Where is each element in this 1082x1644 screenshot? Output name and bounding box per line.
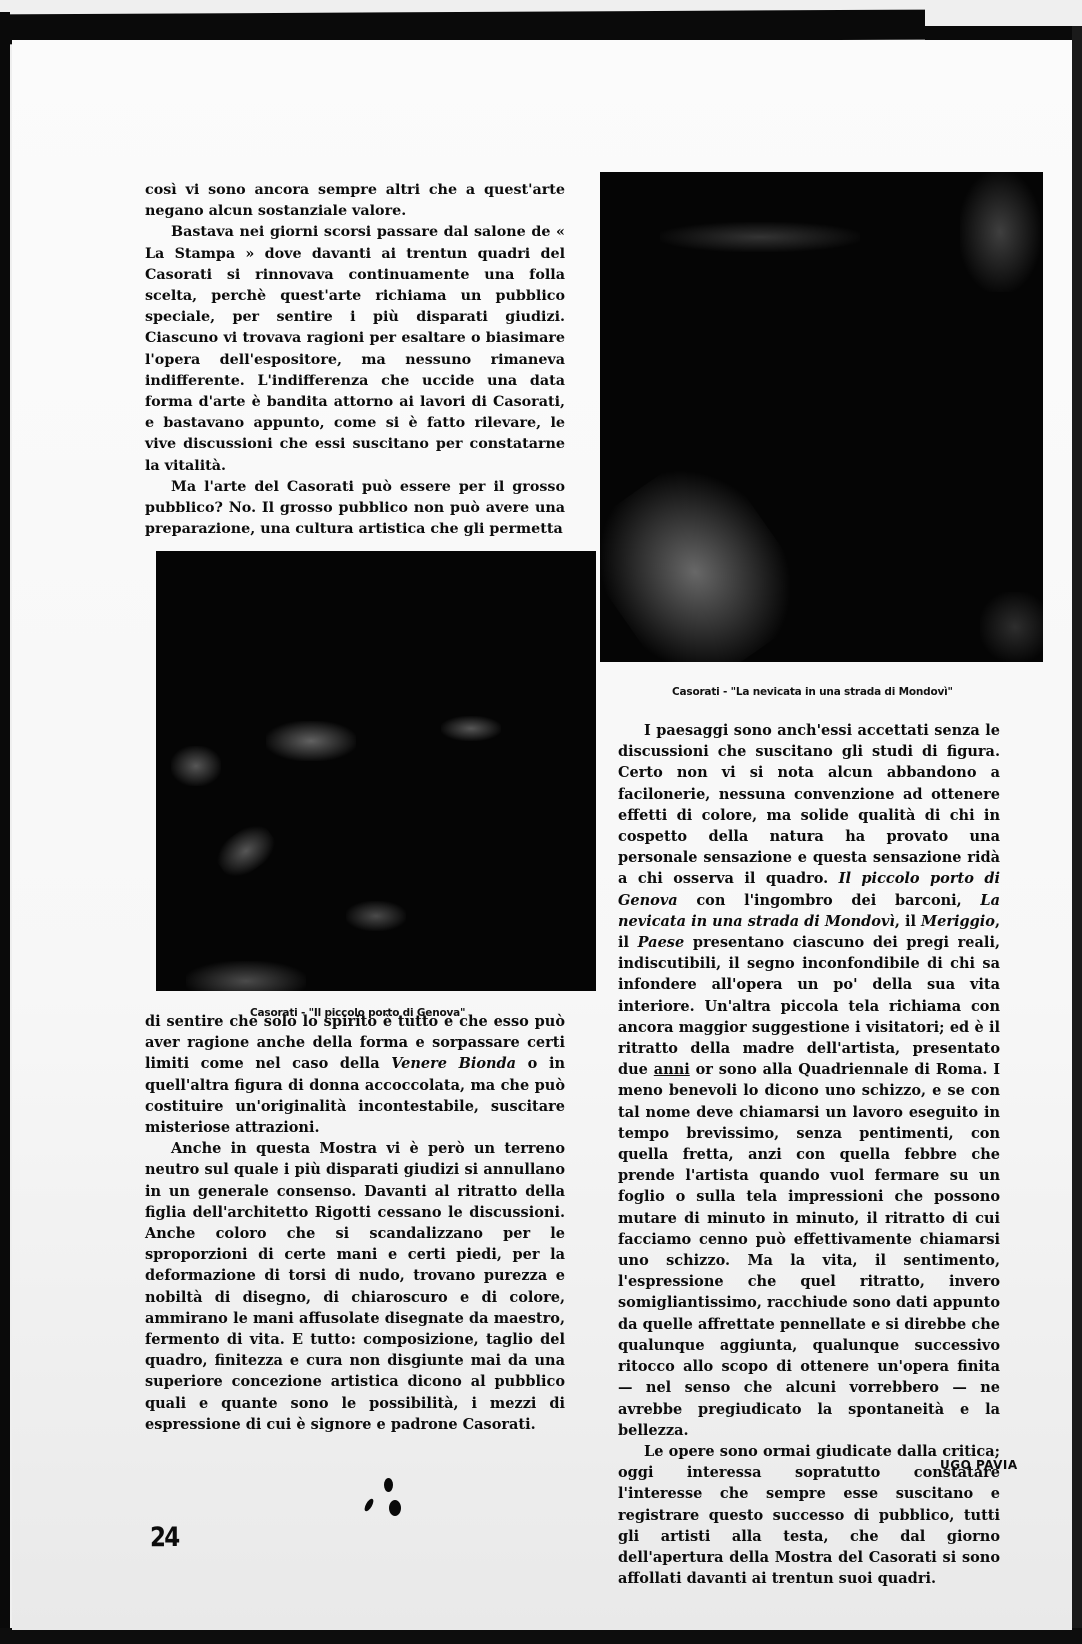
page-number: 24 xyxy=(150,1522,179,1553)
painting-photo-nevicata xyxy=(600,172,1043,662)
scan-border-left xyxy=(0,12,10,1632)
photo-highlight xyxy=(660,222,860,252)
photo-highlight xyxy=(266,721,356,761)
figure-caption-right: Casorati - "La nevicata in una strada di… xyxy=(672,686,953,698)
paragraph: Anche in questa Mostra vi è però un terr… xyxy=(145,1138,565,1435)
photo-highlight xyxy=(600,441,822,662)
ink-blot-decoration xyxy=(384,1478,393,1492)
photo-highlight xyxy=(171,746,221,786)
paragraph: Ma l'arte del Casorati può essere per il… xyxy=(145,477,565,541)
photo-highlight xyxy=(441,716,501,741)
author-signature: UGO PAVIA xyxy=(940,1458,1018,1472)
article-column-left-bottom: di sentire che solo lo spirito è tutto e… xyxy=(145,1011,565,1435)
scan-border-top-right xyxy=(925,26,1082,40)
photo-highlight xyxy=(186,961,306,991)
artwork-title: Paese xyxy=(638,934,685,951)
scan-border-bottom xyxy=(0,1628,1082,1644)
painting-photo-porto-genova xyxy=(156,551,596,991)
photo-highlight xyxy=(210,817,282,884)
artwork-title: Meriggio xyxy=(921,913,995,930)
paragraph: di sentire che solo lo spirito è tutto e… xyxy=(145,1011,565,1138)
ink-blot-decoration xyxy=(389,1500,401,1516)
scan-border-right xyxy=(1072,26,1082,1636)
scanned-page-frame: così vi sono ancora sempre altri che a q… xyxy=(0,0,1082,1644)
article-column-left-top: così vi sono ancora sempre altri che a q… xyxy=(145,180,565,540)
photo-highlight xyxy=(980,592,1043,662)
photo-highlight xyxy=(346,901,406,931)
paragraph: I paesaggi sono anch'essi accettati senz… xyxy=(618,720,1000,1441)
paragraph: così vi sono ancora sempre altri che a q… xyxy=(145,180,565,222)
artwork-title: Venere Bionda xyxy=(391,1055,516,1072)
photo-highlight xyxy=(960,172,1040,292)
paragraph: Bastava nei giorni scorsi passare dal sa… xyxy=(145,222,565,476)
